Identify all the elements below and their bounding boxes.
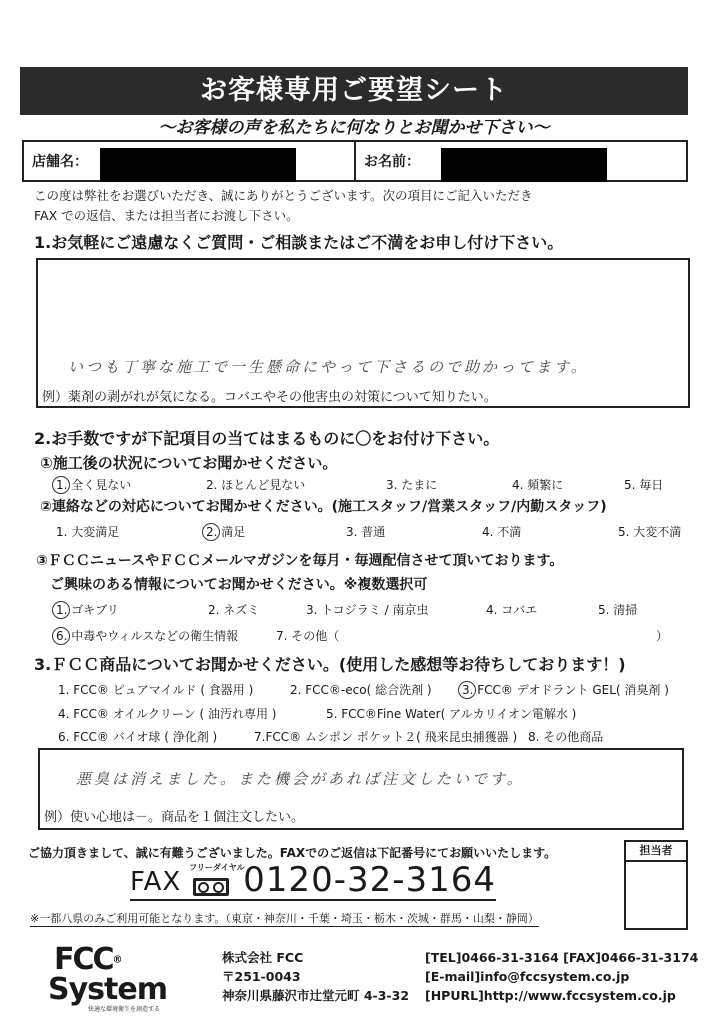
section-2-heading: 2.お手数ですが下記項目の当てはまるものに〇をお付け下さい。 (34, 428, 499, 450)
product-3-label: 3. FCC® デオドラント GEL( 消臭剤 ) (462, 683, 669, 697)
q3-option-4[interactable]: 4. コバエ (486, 600, 598, 620)
company-address: 神奈川県藤沢市辻堂元町 4-3-32 (222, 986, 409, 1005)
q1-option-3-label: 3. たまに (386, 478, 437, 492)
freedial-icon (193, 878, 229, 896)
product-3[interactable]: 3. FCC® デオドラント GEL( 消臭剤 ) (462, 680, 669, 701)
q3-option-5[interactable]: 5. 清掃 (598, 600, 678, 620)
q3-option-1[interactable]: 1. ゴキブリ (56, 600, 208, 620)
q1-option-5-label: 5. 毎日 (624, 478, 663, 492)
freedial-mark: フリーダイヤル (189, 864, 235, 898)
intro-line-1: この度は弊社をお選びいただき、誠にありがとうございます。次の項目にご記入いただき (34, 186, 533, 206)
q1-label: ①施工後の状況についてお聞かせください。 (40, 452, 337, 474)
selected-circle-icon (202, 523, 220, 541)
contact-tel-fax: [TEL]0466-31-3164 [FAX]0466-31-3174 (425, 948, 698, 967)
q3-option-3-label: 3. トコジラミ / 南京虫 (306, 603, 428, 617)
q2-option-2[interactable]: 2. 満足 (206, 522, 346, 542)
q1-option-5[interactable]: 5. 毎日 (624, 475, 704, 495)
q2-options: 1. 大変満足 2. 満足 3. 普通 4. 不満 5. 大変不満 (56, 522, 718, 542)
product-2[interactable]: 2. FCC®-eco( 総合洗剤 ) (290, 680, 462, 701)
products-row-3: 6. FCC® バイオ球 ( 浄化剤 )7.FCC® ムシポン ポケット２( 飛… (58, 727, 603, 748)
product-7[interactable]: 7.FCC® ムシポン ポケット２( 飛来昆虫捕獲器 ) (254, 727, 528, 748)
product-8[interactable]: 8. その他商品 (528, 727, 603, 748)
q1-option-4[interactable]: 4. 頻繁に (512, 475, 624, 495)
q2-option-1[interactable]: 1. 大変満足 (56, 522, 206, 542)
sheet-subtitle: ～お客様の声を私たちに何なりとお聞かせ下さい～ (20, 116, 688, 140)
q2-option-4-label: 4. 不満 (482, 525, 521, 539)
store-name-redacted (100, 148, 296, 182)
q2-option-3-label: 3. 普通 (346, 525, 385, 539)
logo-tagline: 快適な環境衛生を創造する (88, 1004, 190, 1013)
freedial-label: フリーダイヤル (189, 862, 244, 873)
section-1-handwritten-answer: いつも丁寧な施工で一生懸命にやって下さるので助かってます。 (68, 356, 589, 377)
company-name: 株式会社 FCC (222, 948, 409, 967)
selected-circle-icon (52, 601, 70, 619)
q1-option-3[interactable]: 3. たまに (386, 475, 512, 495)
section-3-handwritten-answer: 悪臭は消えました。また機会があれば注文したいです。 (76, 768, 525, 789)
section-1-comment-box[interactable]: いつも丁寧な施工で一生懸命にやって下さるので助かってます。 例）薬剤の剥がれが気… (36, 258, 690, 408)
contact-info: [TEL]0466-31-3164 [FAX]0466-31-3174 [E-m… (425, 948, 698, 1005)
close-paren: ） (656, 629, 668, 643)
q3-option-6-label: 6. 中毒やウィルスなどの衛生情報 (56, 629, 238, 643)
products-row-1: 1. FCC® ピュアマイルド ( 食器用 )2. FCC®-eco( 総合洗剤… (58, 680, 669, 701)
section-3-example: 例）使い心地は－。商品を１個注文したい。 (44, 806, 304, 825)
q3-label-line-2: ご興味のある情報についてお聞かせください。※複数選択可 (50, 574, 427, 596)
intro-line-2: FAX での返信、または担当者にお渡し下さい。 (34, 206, 533, 226)
fcc-system-logo: FCC® System 快適な環境衛生を創造する (48, 945, 190, 1013)
q3-option-7-other[interactable]: 7. その他（ (276, 626, 656, 646)
section-3-comment-box[interactable]: 悪臭は消えました。また機会があれば注文したいです。 例）使い心地は－。商品を１個… (38, 748, 684, 830)
q1-options: 1. 全く見ない 2. ほとんど見ない 3. たまに 4. 頻繁に 5. 毎日 (56, 475, 704, 495)
q2-option-5-label: 5. 大変不満 (618, 525, 681, 539)
company-postal: 〒251-0043 (222, 967, 409, 986)
section-3-heading: 3.ＦＣＣ商品についてお聞かせください。(使用した感想等お待ちしております！) (34, 654, 626, 676)
product-4[interactable]: 4. FCC® オイルクリーン ( 油汚れ専用 ) (58, 704, 326, 725)
q3-option-2-label: 2. ネズミ (208, 603, 259, 617)
logo-system-text: System (48, 976, 190, 1004)
section-1-heading: 1.お気軽にご遠慮なくご質問・ご相談またはご不満をお申し付け下さい。 (34, 232, 563, 254)
q3-option-4-label: 4. コバエ (486, 603, 537, 617)
customer-name-label: お名前： (364, 151, 420, 171)
q1-option-1[interactable]: 1. 全く見ない (56, 475, 206, 495)
section-1-example: 例）薬剤の剥がれが気になる。コバエやその他害虫の対策について知りたい。 (42, 386, 497, 405)
intro-text: この度は弊社をお選びいただき、誠にありがとうございます。次の項目にご記入いただき… (34, 186, 533, 226)
q1-option-2[interactable]: 2. ほとんど見ない (206, 475, 386, 495)
q2-option-5[interactable]: 5. 大変不満 (618, 522, 718, 542)
service-area-note: ※一都八県のみご利用可能となります。（東京・神奈川・千葉・埼玉・栃木・茨城・群馬… (30, 912, 539, 927)
contact-url[interactable]: [HPURL]http://www.fccsystem.co.jp (425, 986, 698, 1005)
q3-other-close-paren: ） (656, 626, 686, 646)
q3-option-7-label: 7. その他（ (276, 629, 339, 643)
product-6[interactable]: 6. FCC® バイオ球 ( 浄化剤 ) (58, 727, 254, 748)
fax-number[interactable]: 0120-32-3164 (243, 862, 496, 898)
q3-label-line-1: ③ＦＣＣニュースやＦＣＣメールマガジンを毎月・毎週配信させて頂いております。 (36, 550, 563, 572)
products-row-2: 4. FCC® オイルクリーン ( 油汚れ専用 )5. FCC®Fine Wat… (58, 704, 576, 725)
q2-option-1-label: 1. 大変満足 (56, 525, 119, 539)
selected-circle-icon (52, 476, 70, 494)
q3-option-3[interactable]: 3. トコジラミ / 南京虫 (306, 600, 486, 620)
q3-options-row-2: 6. 中毒やウィルスなどの衛生情報 7. その他（ ） (56, 626, 686, 646)
selected-circle-icon (458, 681, 476, 699)
customer-info-row: 店舗名： お名前： (22, 140, 688, 182)
q1-option-4-label: 4. 頻繁に (512, 478, 563, 492)
staff-box: 担当者 (624, 840, 688, 930)
customer-name-redacted (441, 148, 607, 182)
fax-number-line: FAX フリーダイヤル 0120-32-3164 (130, 862, 496, 901)
q3-option-6[interactable]: 6. 中毒やウィルスなどの衛生情報 (56, 626, 276, 646)
customer-name-field[interactable]: お名前： (354, 142, 686, 180)
product-5[interactable]: 5. FCC®Fine Water( アルカリイオン電解水 ) (326, 704, 576, 725)
q2-label: ②連絡などの対応についてお聞かせください。(施工スタッフ/営業スタッフ/内勤スタ… (40, 496, 607, 518)
logo-fcc-text: FCC® (54, 945, 190, 976)
q2-option-3[interactable]: 3. 普通 (346, 522, 482, 542)
store-name-label: 店舗名： (32, 151, 88, 171)
fax-label: FAX (130, 866, 181, 898)
selected-circle-icon (52, 627, 70, 645)
thanks-message: ご協力頂きまして、誠に有難うございました。FAXでのご返信は下記番号にてお願いい… (28, 844, 556, 861)
product-1[interactable]: 1. FCC® ピュアマイルド ( 食器用 ) (58, 680, 290, 701)
contact-email[interactable]: [E-mail]info@fccsystem.co.jp (425, 967, 698, 986)
q1-option-2-label: 2. ほとんど見ない (206, 478, 305, 492)
company-info: 株式会社 FCC 〒251-0043 神奈川県藤沢市辻堂元町 4-3-32 (222, 948, 409, 1005)
staff-label: 担当者 (626, 842, 686, 862)
store-name-field[interactable]: 店舗名： (24, 142, 354, 180)
q3-option-2[interactable]: 2. ネズミ (208, 600, 306, 620)
q3-option-5-label: 5. 清掃 (598, 603, 637, 617)
q3-options-row-1: 1. ゴキブリ 2. ネズミ 3. トコジラミ / 南京虫 4. コバエ 5. … (56, 600, 678, 620)
sheet-title: お客様専用ご要望シート (20, 67, 688, 115)
q2-option-4[interactable]: 4. 不満 (482, 522, 618, 542)
